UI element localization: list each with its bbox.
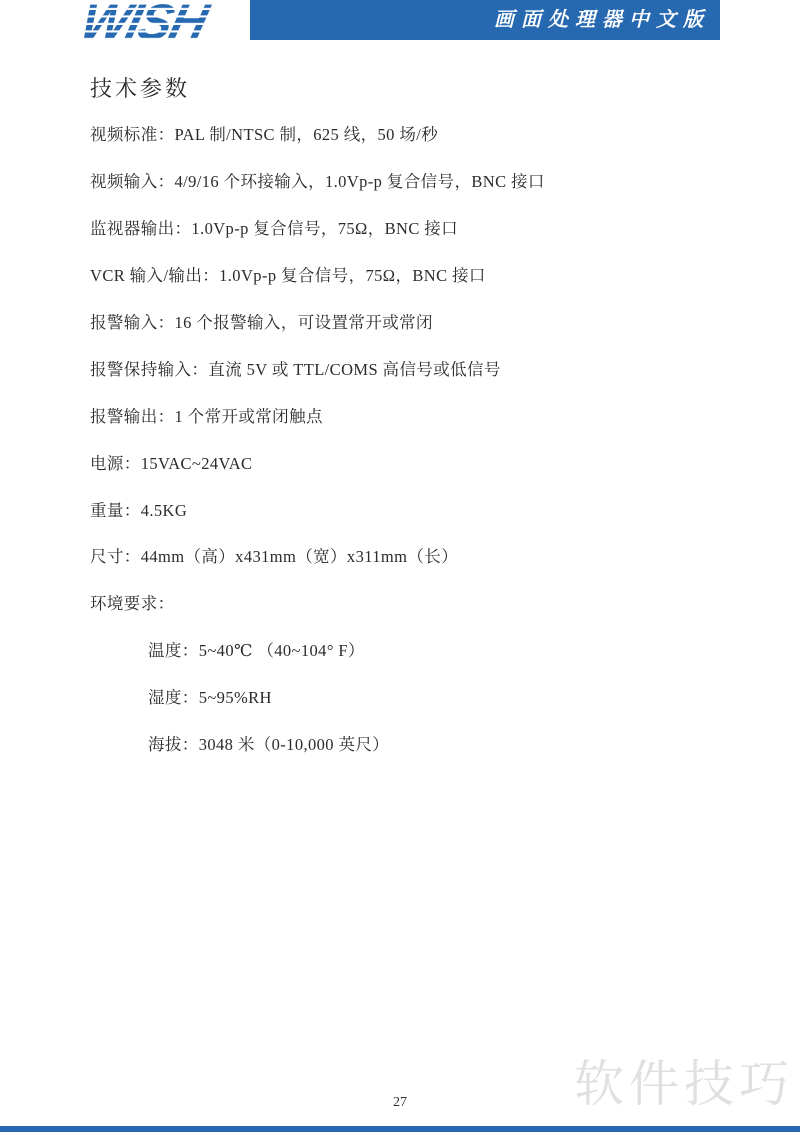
bottom-rule — [0, 1126, 800, 1132]
wish-logo-icon: WISH — [73, 0, 263, 49]
spec-line-monitor-output: 监视器输出：1.0Vp-p 复合信号，75Ω，BNC 接口 — [90, 204, 760, 251]
spec-line-humidity: 湿度：5~95%RH — [90, 673, 760, 720]
wish-logo: WISH — [73, 0, 263, 49]
spec-line-alarm-hold-input: 报警保持输入：直流 5V 或 TTL/COMS 高信号或低信号 — [90, 344, 760, 391]
spec-line-environment: 环境要求： — [90, 579, 760, 626]
spec-line-video-standard: 视频标准：PAL 制/NTSC 制，625 线，50 场/秒 — [90, 110, 760, 157]
spec-line-alarm-output: 报警输出：1 个常开或常闭触点 — [90, 391, 760, 438]
spec-line-power: 电源：15VAC~24VAC — [90, 438, 760, 485]
document-page: WISH 画面处理器中文版 技术参数 视频标准：PAL 制/NTSC 制，625… — [0, 0, 800, 1132]
spec-line-vcr-io: VCR 输入/输出：1.0Vp-p 复合信号，75Ω，BNC 接口 — [90, 251, 760, 298]
spec-line-weight: 重量：4.5KG — [90, 485, 760, 532]
header-banner-text: 画面处理器中文版 — [494, 0, 720, 40]
wish-logo-text: WISH — [75, 0, 215, 49]
header-banner: 画面处理器中文版 — [250, 0, 720, 40]
spec-line-video-input: 视频输入：4/9/16 个环接输入，1.0Vp-p 复合信号，BNC 接口 — [90, 157, 760, 204]
spec-line-altitude: 海拔：3048 米（0-10,000 英尺） — [90, 720, 760, 767]
spec-line-temperature: 温度：5~40℃ （40~104° F） — [90, 626, 760, 673]
page-title: 技术参数 — [90, 72, 190, 103]
page-number: 27 — [0, 1095, 800, 1111]
spec-line-alarm-input: 报警输入：16 个报警输入，可设置常开或常闭 — [90, 298, 760, 345]
spec-line-dimensions: 尺寸：44mm（高）x431mm（宽）x311mm（长） — [90, 532, 760, 579]
spec-list: 视频标准：PAL 制/NTSC 制，625 线，50 场/秒 视频输入：4/9/… — [90, 110, 760, 766]
